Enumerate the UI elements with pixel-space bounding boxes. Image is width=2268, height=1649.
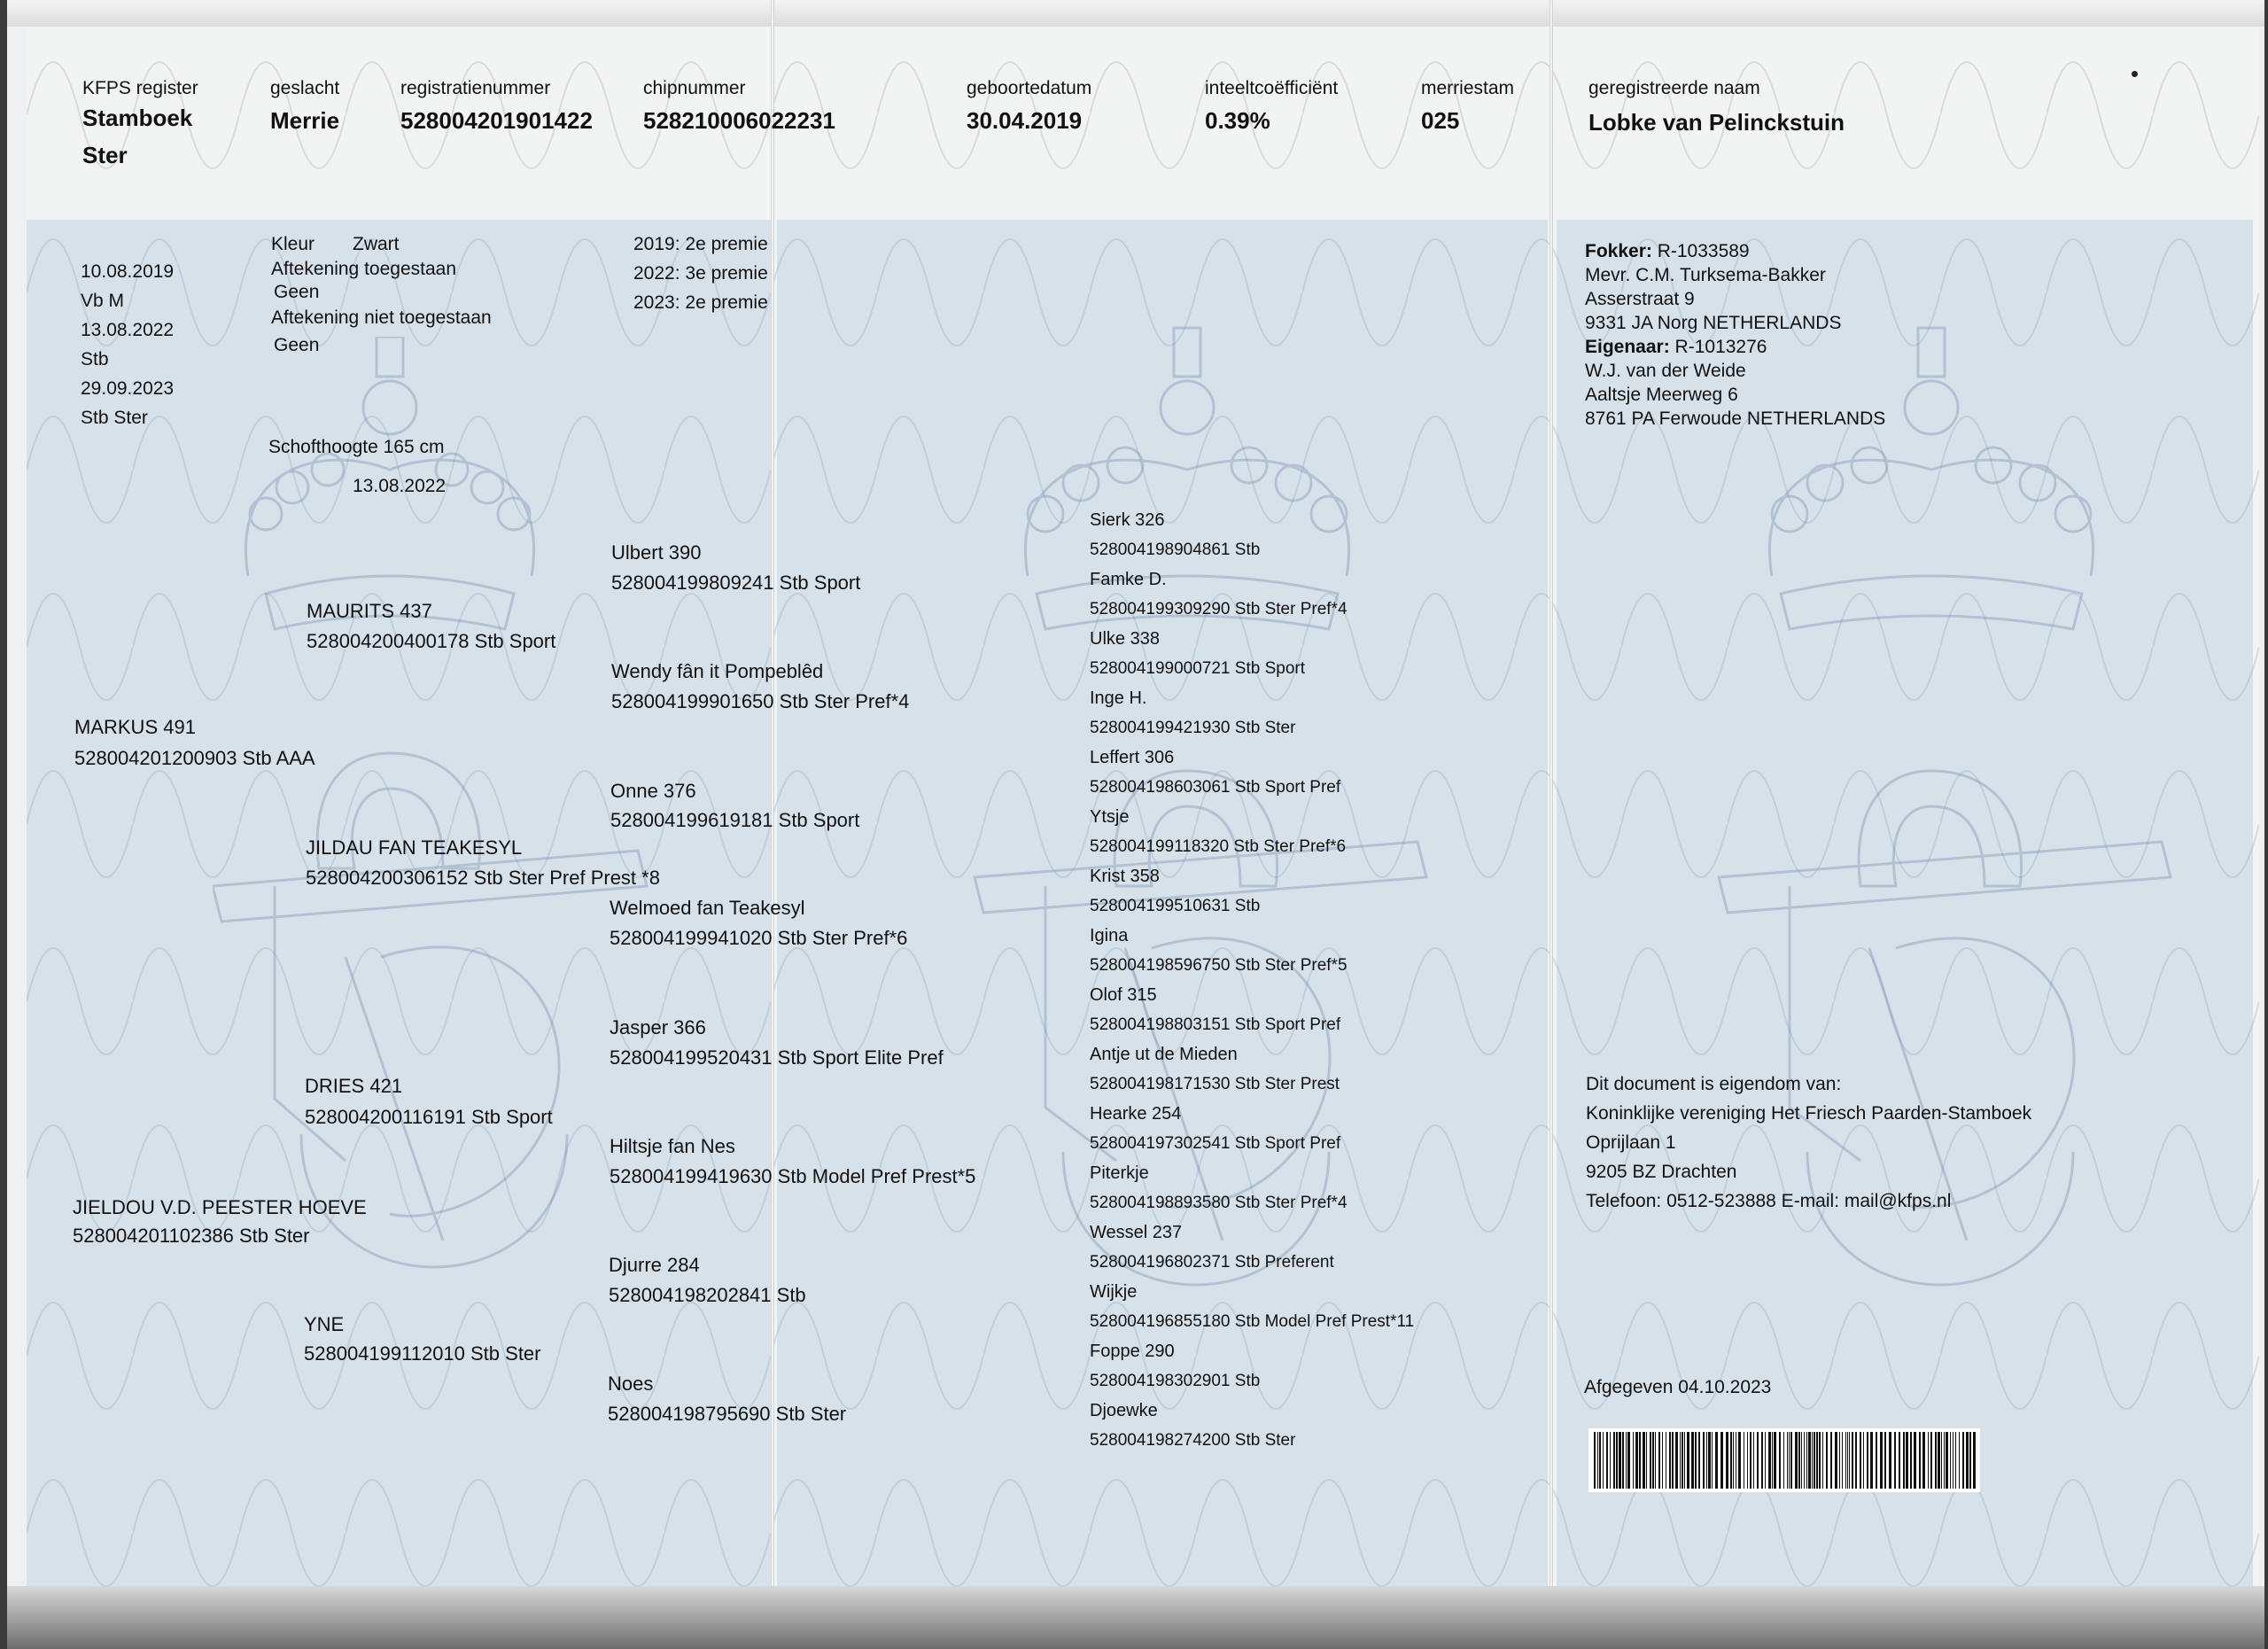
dam-registration: 528004201102386 Stb Ster [73,1225,310,1248]
grandparent-registration: 528004200116191 Stb Sport [305,1106,553,1129]
great-great-grandparent-registration: 528004199000721 Stb Sport [1090,659,1305,679]
withers-height-date: 13.08.2022 [353,471,446,501]
inspection-history: 10.08.2019 Vb M 13.08.2022 Stb 29.09.202… [81,257,174,432]
great-great-grandparent-name: Wijkje [1090,1282,1137,1303]
great-great-grandparent-name: Ytsje [1090,807,1129,828]
inspection-result: Stb [81,345,174,374]
great-grandparent-registration: 528004198202841 Stb [609,1284,806,1307]
great-grandparent-name: Jasper 366 [610,1016,706,1039]
great-great-grandparent-registration: 528004198893580 Stb Ster Pref*4 [1090,1194,1348,1213]
breeder-owner-block: Fokker: R-1033589 Mevr. C.M. Turksema-Ba… [1585,239,1885,431]
markings-not-allowed-value: Geen [274,331,319,360]
registered-name-label: geregistreerde naam [1588,78,1760,99]
mare-line-label: merriestam [1421,78,1514,99]
great-grandparent-name: Welmoed fan Teakesyl [610,897,805,920]
owner-id: R-1013276 [1675,337,1767,357]
grandparent-registration: 528004200400178 Stb Sport [307,630,555,653]
ownership-intro: Dit document is eigendom van: [1586,1070,2031,1099]
great-grandparent-registration: 528004199419630 Stb Model Pref Prest*5 [610,1165,975,1188]
great-great-grandparent-name: Krist 358 [1090,867,1160,887]
ownership-city: 9205 BZ Drachten [1586,1157,2031,1186]
sex-value: Merrie [270,107,339,135]
great-great-grandparent-name: Inge H. [1090,688,1146,709]
inspection-date: 29.09.2023 [81,374,174,403]
birth-date-value: 30.04.2019 [967,107,1082,135]
inspection-date: 13.08.2022 [81,315,174,345]
great-grandparent-name: Onne 376 [610,780,696,803]
top-edge [7,0,2264,27]
grandparent-registration: 528004200306152 Stb Ster Pref Prest *8 [306,867,660,890]
premium-item: 2022: 3e premie [633,259,768,288]
chip-number-label: chipnummer [643,78,746,99]
great-great-grandparent-name: Famke D. [1090,570,1167,590]
great-grandparent-registration: 528004199619181 Stb Sport [610,809,859,832]
great-grandparent-name: Hiltsje fan Nes [610,1135,735,1158]
great-grandparent-name: Wendy fân it Pompeblêd [611,660,823,683]
great-great-grandparent-name: Hearke 254 [1090,1104,1181,1124]
ink-spot [2132,71,2138,77]
great-great-grandparent-name: Piterkje [1090,1163,1149,1184]
great-great-grandparent-registration: 528004199309290 Stb Ster Pref*4 [1090,600,1348,619]
breeder-street: Asserstraat 9 [1585,287,1885,311]
great-great-grandparent-name: Olof 315 [1090,985,1157,1006]
great-great-grandparent-registration: 528004199421930 Stb Ster [1090,719,1295,738]
barcode-graphic [1588,1428,1980,1492]
breeder-line: Fokker: R-1033589 [1585,239,1885,263]
registered-name-value: Lobke van Pelinckstuin [1588,109,1845,136]
sire-name: MARKUS 491 [74,716,196,739]
breeder-label: Fokker: [1585,241,1652,261]
bottom-edge [7,1586,2264,1649]
grandparent-name: DRIES 421 [305,1075,402,1098]
owner-city: 8761 PA Ferwoude NETHERLANDS [1585,407,1885,431]
register-value-2: Ster [82,142,128,169]
owner-line: Eigenaar: R-1013276 [1585,335,1885,359]
inbreeding-label: inteeltcoëfficiënt [1205,78,1338,99]
registration-number-value: 528004201901422 [400,107,593,135]
great-great-grandparent-name: Antje ut de Mieden [1090,1045,1238,1065]
sex-label: geslacht [270,78,339,99]
great-great-grandparent-name: Foppe 290 [1090,1342,1175,1362]
great-grandparent-name: Noes [608,1373,653,1396]
inbreeding-value: 0.39% [1205,107,1270,135]
great-great-grandparent-registration: 528004198904861 Stb [1090,541,1260,560]
great-great-grandparent-registration: 528004198171530 Stb Ster Prest [1090,1075,1340,1094]
ownership-block: Dit document is eigendom van: Koninklijk… [1586,1070,2031,1216]
great-grandparent-registration: 528004198795690 Stb Ster [608,1403,846,1426]
great-great-grandparent-name: Igina [1090,926,1128,946]
birth-date-label: geboortedatum [967,78,1091,99]
grandparent-registration: 528004199112010 Stb Ster [304,1342,541,1365]
great-grandparent-name: Ulbert 390 [611,541,702,564]
inspection-date: 10.08.2019 [81,257,174,286]
register-label: KFPS register [82,78,198,99]
great-great-grandparent-registration: 528004198302901 Stb [1090,1372,1260,1391]
inspection-result: Vb M [81,286,174,315]
withers-height: Schofthoogte 165 cm [268,432,444,462]
inspection-result: Stb Ster [81,403,174,432]
sire-registration: 528004201200903 Stb AAA [74,747,315,770]
great-great-grandparent-name: Ulke 338 [1090,629,1160,649]
issue-date: Afgegeven 04.10.2023 [1584,1373,1771,1402]
great-grandparent-name: Djurre 284 [609,1254,700,1277]
great-great-grandparent-name: Wessel 237 [1090,1223,1182,1243]
premium-list: 2019: 2e premie 2022: 3e premie 2023: 2e… [633,229,768,317]
grandparent-name: MAURITS 437 [307,600,432,623]
breeder-name: Mevr. C.M. Turksema-Bakker [1585,263,1885,287]
great-great-grandparent-registration: 528004199510631 Stb [1090,897,1260,916]
chip-number-value: 528210006022231 [643,107,835,135]
great-great-grandparent-name: Leffert 306 [1090,748,1174,768]
breeder-id: R-1033589 [1658,241,1750,261]
great-great-grandparent-registration: 528004197302541 Stb Sport Pref [1090,1134,1340,1154]
ownership-contact: Telefoon: 0512-523888 E-mail: mail@kfps.… [1586,1186,2031,1216]
great-great-grandparent-registration: 528004196802371 Stb Preferent [1090,1253,1334,1272]
barcode [1588,1428,1980,1492]
great-grandparent-registration: 528004199520431 Stb Sport Elite Pref [610,1046,944,1070]
register-value: Stamboek [82,105,192,132]
great-great-grandparent-name: Djoewke [1090,1401,1158,1421]
great-great-grandparent-registration: 528004198596750 Stb Ster Pref*5 [1090,956,1348,976]
great-great-grandparent-name: Sierk 326 [1090,510,1165,531]
ownership-street: Oprijlaan 1 [1586,1128,2031,1157]
dam-name: JIELDOU V.D. PEESTER HOEVE [73,1196,367,1219]
owner-name: W.J. van der Weide [1585,359,1885,383]
fold-line-2 [1550,0,1553,1649]
grandparent-name: JILDAU FAN TEAKESYL [306,836,522,860]
premium-item: 2019: 2e premie [633,229,768,259]
premium-item: 2023: 2e premie [633,288,768,317]
great-grandparent-registration: 528004199901650 Stb Ster Pref*4 [611,690,909,713]
great-grandparent-registration: 528004199809241 Stb Sport [611,572,860,595]
great-great-grandparent-registration: 528004198603061 Stb Sport Pref [1090,778,1340,797]
owner-street: Aaltsje Meerweg 6 [1585,383,1885,407]
breeder-city: 9331 JA Norg NETHERLANDS [1585,311,1885,335]
great-great-grandparent-registration: 528004198803151 Stb Sport Pref [1090,1015,1340,1035]
owner-label: Eigenaar: [1585,337,1670,357]
great-great-grandparent-registration: 528004198274200 Stb Ster [1090,1431,1295,1451]
markings-not-allowed-label: Aftekening niet toegestaan [271,303,492,332]
great-great-grandparent-registration: 528004199118320 Stb Ster Pref*6 [1090,837,1346,857]
grandparent-name: YNE [304,1313,344,1336]
ownership-org: Koninklijke vereniging Het Friesch Paard… [1586,1099,2031,1128]
registration-number-label: registratienummer [400,78,550,99]
great-grandparent-registration: 528004199941020 Stb Ster Pref*6 [610,927,907,950]
mare-line-value: 025 [1421,107,1459,135]
great-great-grandparent-registration: 528004196855180 Stb Model Pref Prest*11 [1090,1312,1414,1332]
